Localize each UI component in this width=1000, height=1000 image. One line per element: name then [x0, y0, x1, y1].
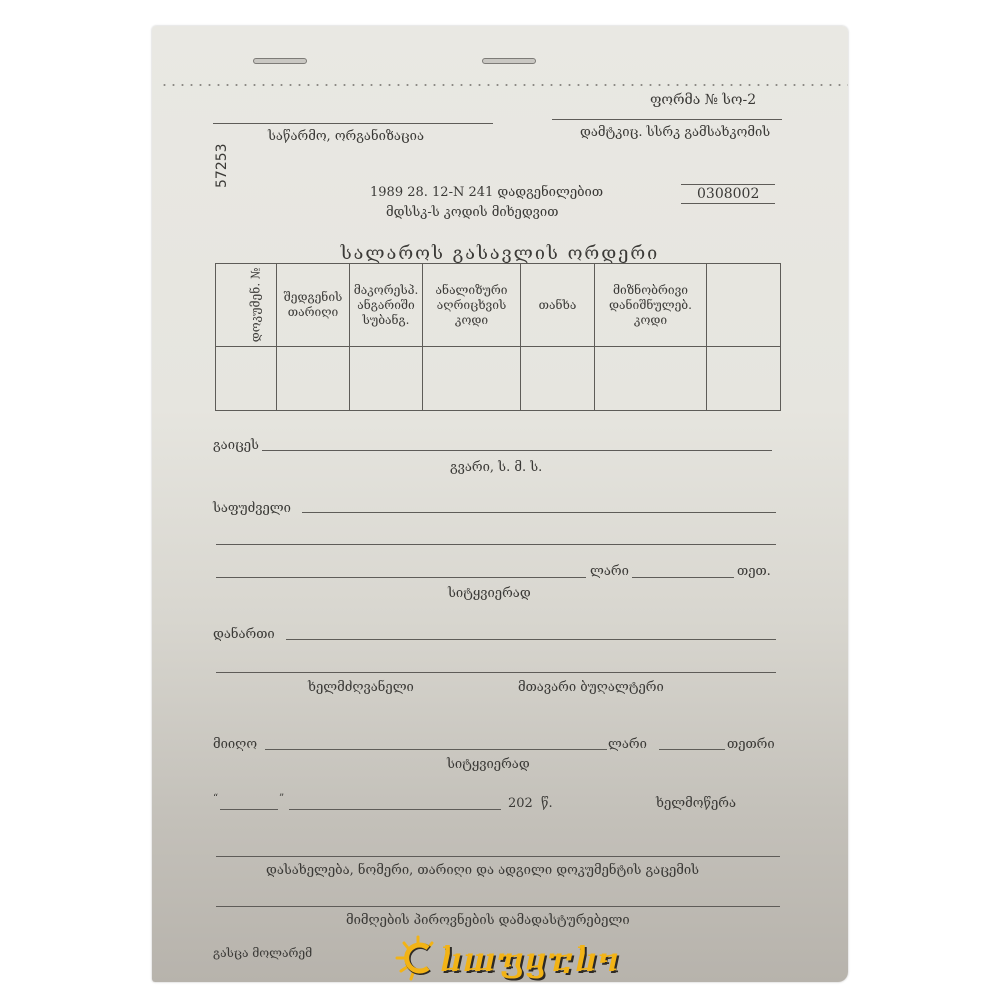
document-details-line[interactable] [216, 856, 780, 857]
date-month-line[interactable] [289, 809, 501, 810]
cell-date[interactable] [277, 347, 350, 411]
attachment-line-2[interactable] [216, 672, 776, 673]
date-close-quote: ” [279, 793, 284, 804]
basis-line[interactable] [302, 512, 776, 513]
form-number: ფორმა № სო-2 [650, 92, 756, 108]
tetri-line[interactable] [632, 577, 734, 578]
column-header-analytic-code: ანალიზური აღრიცხვის კოდი [423, 264, 521, 347]
issue-line[interactable] [262, 450, 772, 451]
amount-words-line[interactable] [216, 577, 586, 578]
column-header-blank [707, 264, 781, 347]
attachment-line[interactable] [286, 639, 776, 640]
cell-doc-number[interactable] [216, 347, 277, 411]
signature-caption: ხელმოწერა [656, 796, 736, 811]
table-header-row: დოკუმენ. № შედგენის თარიღი მაკორესპ. ანგ… [216, 264, 781, 347]
staple-right [482, 58, 536, 64]
document-caption: დასახელება, ნომერი, თარიღი და ადგილი დოკ… [266, 863, 699, 878]
decree-line: 1989 28. 12-N 241 დადგენილებით [370, 185, 603, 200]
tetri-abbr: თეთ. [737, 564, 771, 579]
serial-number: 57253 [214, 143, 230, 188]
organization-line[interactable] [213, 123, 493, 124]
received-amount-line[interactable] [265, 749, 607, 750]
basis-label: საფუძველი [213, 501, 291, 516]
cashier-caption: გასცა მოლარემ [213, 946, 312, 960]
issue-caption: გვარი, ს. მ. ს. [450, 460, 542, 475]
order-table: დოკუმენ. № შედგენის თარიღი მაკორესპ. ანგ… [215, 263, 781, 411]
issue-label: გაიცეს [213, 438, 259, 453]
code-line: მდსსკ-ს კოდის მიხედვით [386, 205, 558, 220]
sun-icon [395, 935, 441, 981]
perforation-line [160, 84, 848, 86]
tetri-label: თეთრი [727, 737, 775, 752]
received-lari-label: ლარი [608, 737, 647, 752]
form-code-overline [681, 184, 775, 185]
column-header-corr-account: მაკორესპ. ანგარიში სუბანგ. [350, 264, 423, 347]
organization-caption: საწარმო, ორგანიზაცია [268, 129, 424, 144]
brand-logo-text: ⴑⴍⴂⴁⴀⴑⴈ [440, 940, 620, 990]
attachment-label: დანართი [213, 627, 275, 642]
identity-line[interactable] [216, 906, 780, 907]
received-tetri-line[interactable] [659, 749, 725, 750]
cell-blank[interactable] [707, 347, 781, 411]
column-header-amount: თანხა [521, 264, 595, 347]
staple-left [253, 58, 307, 64]
chief-accountant-caption: მთავარი ბუღალტერი [518, 680, 664, 695]
column-header-purpose-code: მიზნობრივი დანიშნულებ. კოდი [595, 264, 707, 347]
cell-purpose-code[interactable] [595, 347, 707, 411]
identity-caption: მიმღების პიროვნების დამადასტურებელი [346, 913, 630, 928]
manager-caption: ხელმძღვანელი [308, 680, 414, 695]
column-header-date: შედგენის თარიღი [277, 264, 350, 347]
document-title: სალაროს გასავლის ორდერი [0, 243, 1000, 264]
cell-corr-account[interactable] [350, 347, 423, 411]
year-suffix: წ. [541, 796, 553, 811]
date-day-line[interactable] [220, 809, 278, 810]
form-code-underline [681, 203, 775, 204]
lari-label: ლარი [590, 564, 629, 579]
year-prefix: 202 [508, 796, 533, 811]
cell-amount[interactable] [521, 347, 595, 411]
approved-line [552, 119, 782, 120]
in-words-caption-2: სიტყვიერად [447, 757, 530, 772]
approved-caption: დამტკიც. სსრკ გამსახკომის [580, 125, 770, 140]
received-label: მიიღო [213, 737, 257, 752]
date-open-quote: “ [213, 793, 218, 804]
in-words-caption: სიტყვიერად [448, 586, 531, 601]
basis-line-2[interactable] [216, 544, 776, 545]
cell-analytic-code[interactable] [423, 347, 521, 411]
form-code: 0308002 [697, 186, 759, 202]
column-header-doc-number: დოკუმენ. № [216, 264, 277, 347]
table-row [216, 347, 781, 411]
